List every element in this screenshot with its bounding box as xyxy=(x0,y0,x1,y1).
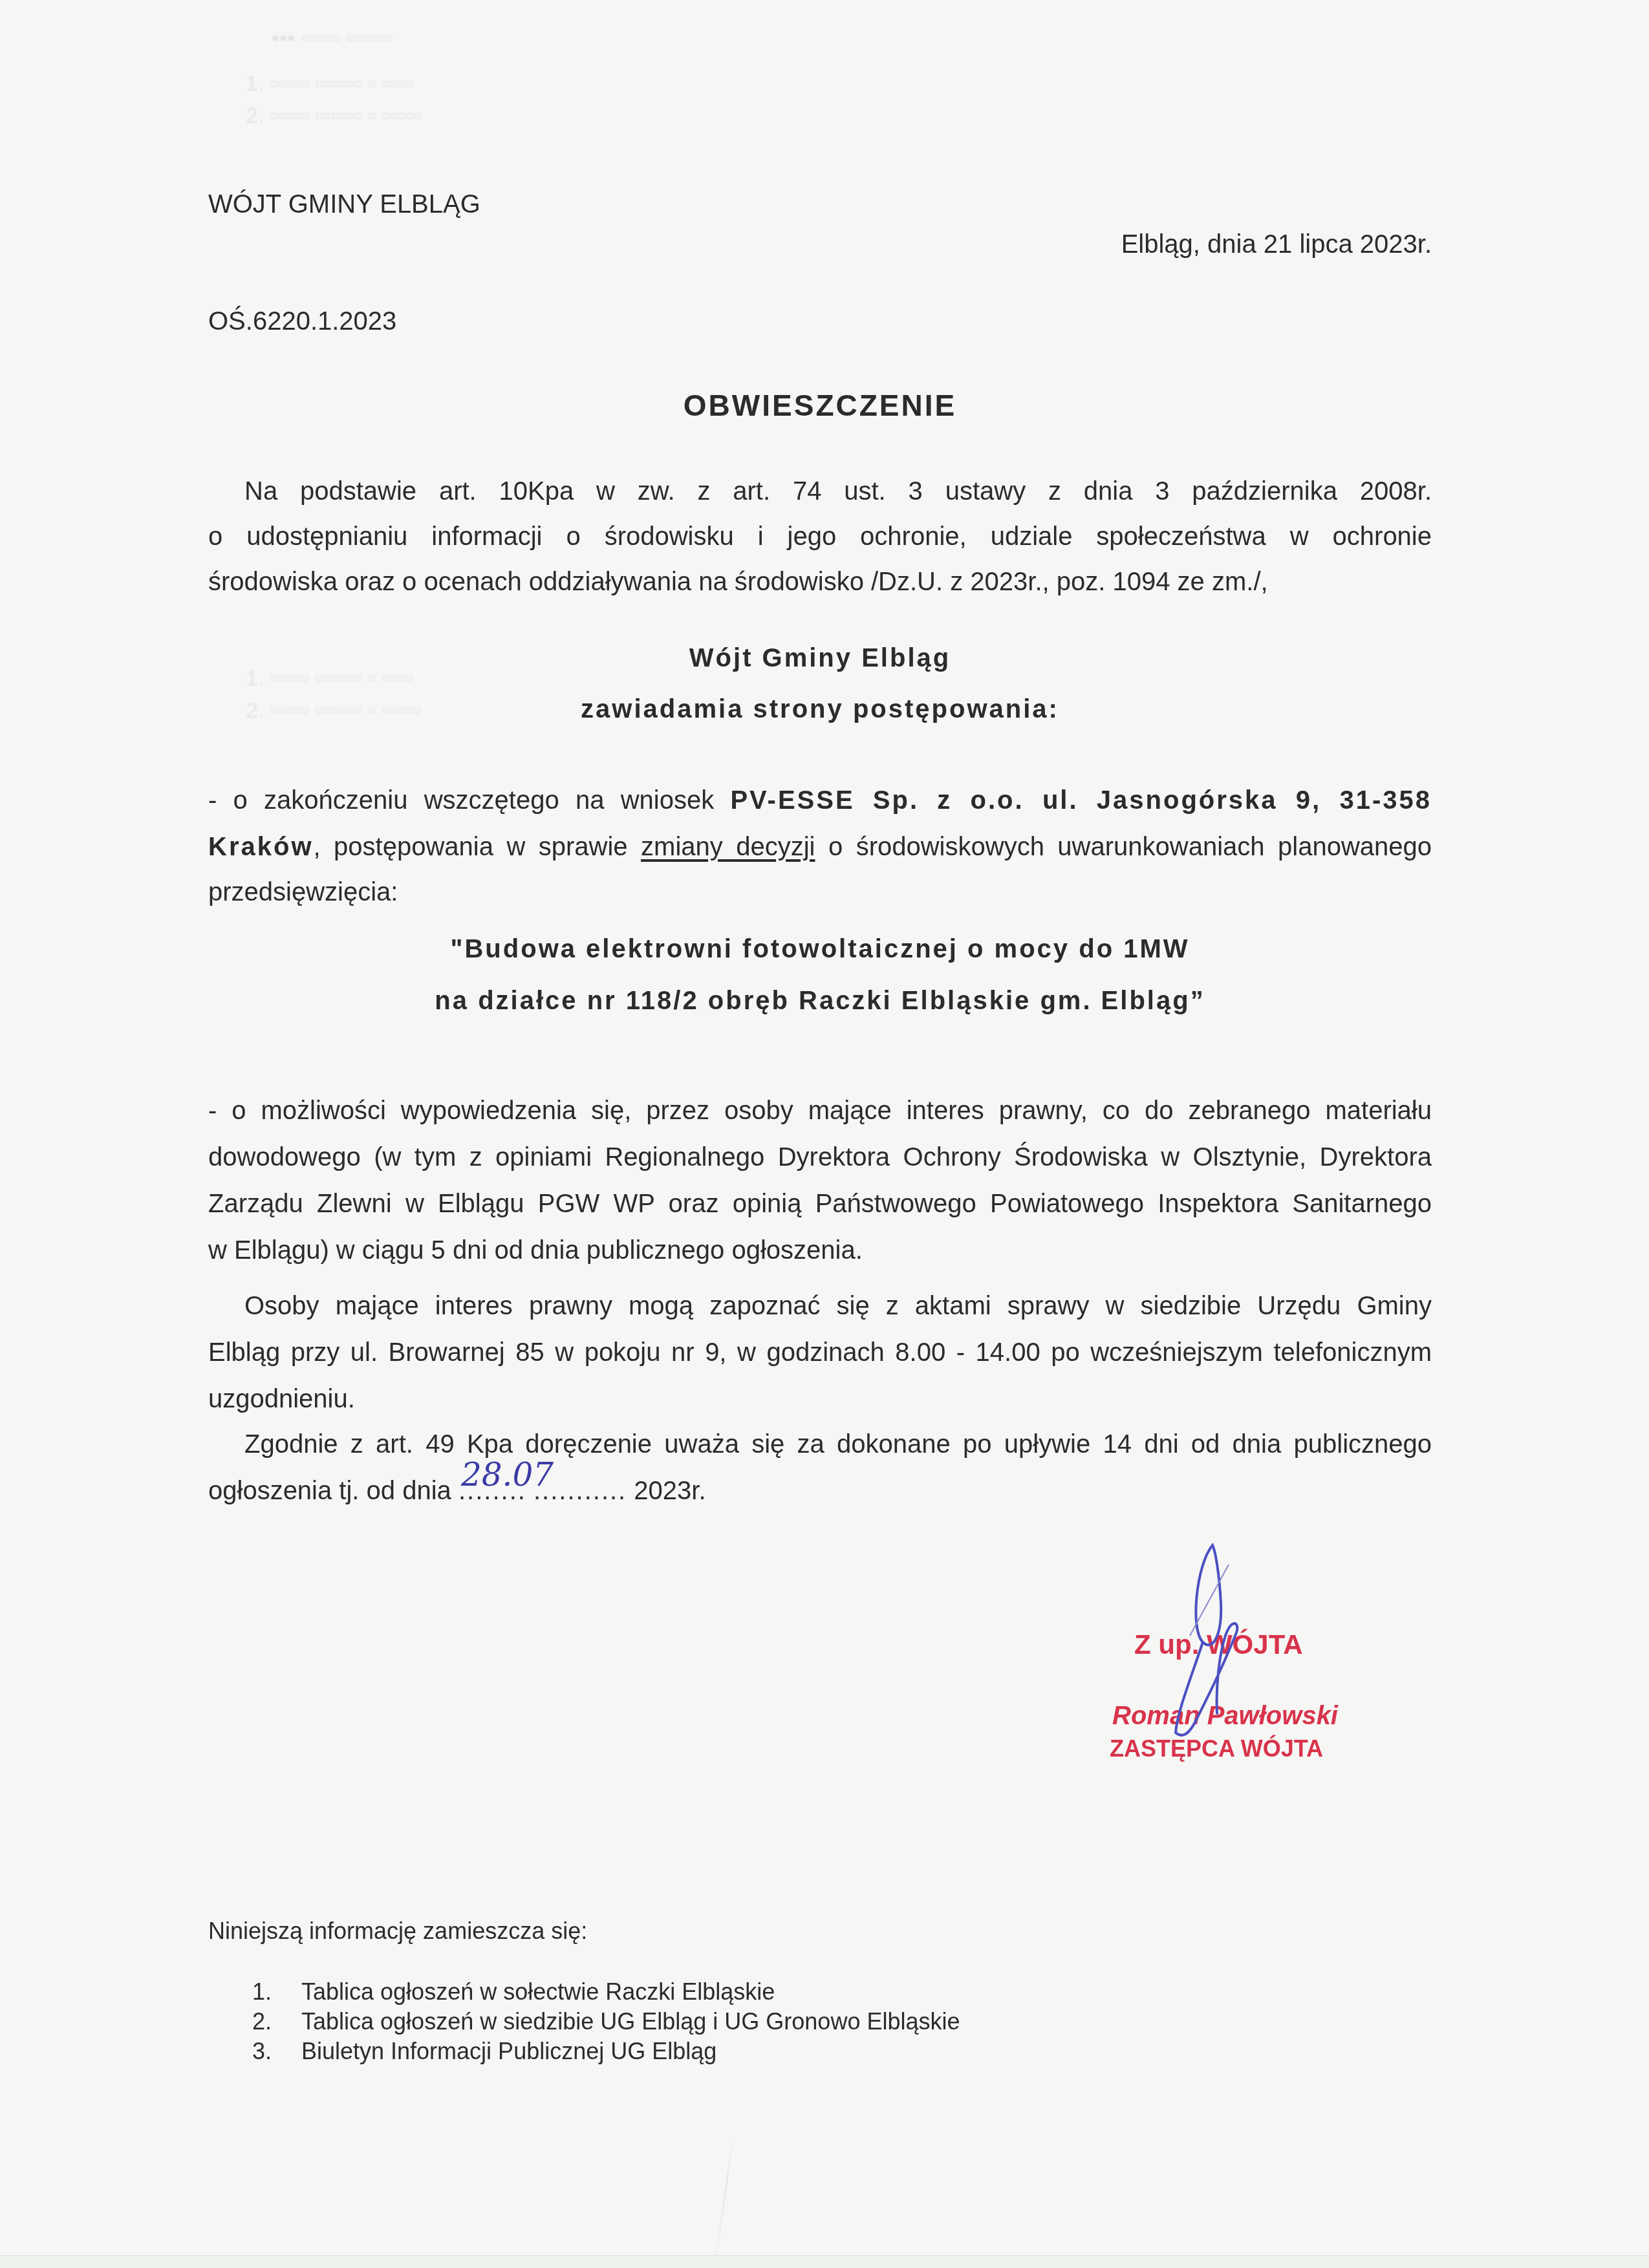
distribution-heading: Niniejszą informację zamieszcza się: xyxy=(208,1918,587,1945)
legal-basis-line: o udostępnianiu informacji o środowisku … xyxy=(208,524,1432,550)
list-item: 2. Tablica ogłoszeń w siedzibie UG Elblą… xyxy=(252,2007,960,2037)
item2-line: Zarządu Zlewni w Elblągu PGW WP oraz opi… xyxy=(208,1191,1432,1217)
bleed-through-text: 1. ▫▫▫▫▫ ▫▫▫▫▫▫ ▫ ▫▫▫▫ xyxy=(246,71,413,96)
scan-fold-artifact xyxy=(716,2134,734,2256)
list-item: 1. Tablica ogłoszeń w sołectwie Raczki E… xyxy=(252,1977,960,2007)
handwritten-signature-icon xyxy=(1151,1539,1293,1752)
bleed-through-text: 2. ▫▫▫▫▫ ▫▫▫▫▫▫ ▫ ▫▫▫▫▫ xyxy=(246,103,421,129)
item2-line: dowodowego (w tym z opiniami Regionalneg… xyxy=(208,1144,1432,1170)
item1-line1: - o zakończeniu wszczętego na wniosek PV… xyxy=(208,787,1432,813)
item1-text: , postępowania w sprawie xyxy=(314,833,628,861)
delivery-info-line2: ogłoszenia tj. od dnia ........ ........… xyxy=(208,1478,1432,1504)
access-info-line: Osoby mające interes prawny mogą zapozna… xyxy=(208,1293,1432,1319)
reference-number: OŚ.6220.1.2023 xyxy=(208,308,396,334)
applicant-city: Kraków xyxy=(208,833,314,861)
applicant-name: PV-ESSE Sp. z o.o. ul. Jasnogórska 9, 31… xyxy=(730,786,1432,815)
list-item-number: 3. xyxy=(252,2037,301,2066)
delivery-info-line: Zgodnie z art. 49 Kpa doręczenie uważa s… xyxy=(208,1431,1432,1457)
scan-edge xyxy=(0,2255,1649,2268)
document-title: OBWIESZCZENIE xyxy=(208,388,1432,423)
list-item: 3. Biuletyn Informacji Publicznej UG Elb… xyxy=(252,2037,960,2066)
handwritten-date: 28.07 xyxy=(461,1459,554,1491)
list-item-text: Tablica ogłoszeń w sołectwie Raczki Elbl… xyxy=(301,1977,775,2007)
list-item-text: Biuletyn Informacji Publicznej UG Elbląg xyxy=(301,2037,717,2066)
project-name: "Budowa elektrowni fotowoltaicznej o moc… xyxy=(208,936,1432,962)
decision-change-emphasis: zmiany decyzji xyxy=(641,833,815,861)
item1-prefix: - o zakończeniu wszczętego na wniosek xyxy=(208,786,714,815)
item1-text: o środowiskowych uwarunkowaniach planowa… xyxy=(828,833,1432,861)
date-fill-field: ........ ........... 28.07 xyxy=(458,1478,627,1504)
access-info-line: Elbląg przy ul. Browarnej 85 w pokoju nr… xyxy=(208,1340,1432,1365)
list-item-number: 1. xyxy=(252,1977,301,2007)
item2-line: w Elblągu) w ciągu 5 dni od dnia publicz… xyxy=(208,1237,1432,1263)
bleed-through-text: ▪▪▪ ▫▫▫▫▫ ▫▫▫▫▫▫ xyxy=(272,26,393,51)
delivery-year: 2023r. xyxy=(634,1477,706,1505)
item1-line3: przedsięwzięcia: xyxy=(208,879,1432,905)
project-location: na działce nr 118/2 obręb Raczki Elbląsk… xyxy=(208,988,1432,1014)
place-date: Elbląg, dnia 21 lipca 2023r. xyxy=(1121,231,1432,257)
legal-basis-line: Na podstawie art. 10Kpa w zw. z art. 74 … xyxy=(208,478,1432,504)
item2-line: - o możliwości wypowiedzenia się, przez … xyxy=(208,1098,1432,1124)
notifies-heading: zawiadamia strony postępowania: xyxy=(208,696,1432,722)
delivery-prefix: ogłoszenia tj. od dnia xyxy=(208,1477,451,1505)
distribution-list: 1. Tablica ogłoszeń w sołectwie Raczki E… xyxy=(252,1977,960,2066)
authority-heading: Wójt Gminy Elbląg xyxy=(208,645,1432,671)
legal-basis-line: środowiska oraz o ocenach oddziaływania … xyxy=(208,569,1432,595)
item1-line2: Kraków, postępowania w sprawie zmiany de… xyxy=(208,834,1432,860)
list-item-number: 2. xyxy=(252,2007,301,2037)
access-info-line: uzgodnieniu. xyxy=(208,1386,1432,1412)
issuer-heading: WÓJT GMINY ELBLĄG xyxy=(208,191,480,217)
list-item-text: Tablica ogłoszeń w siedzibie UG Elbląg i… xyxy=(301,2007,960,2037)
